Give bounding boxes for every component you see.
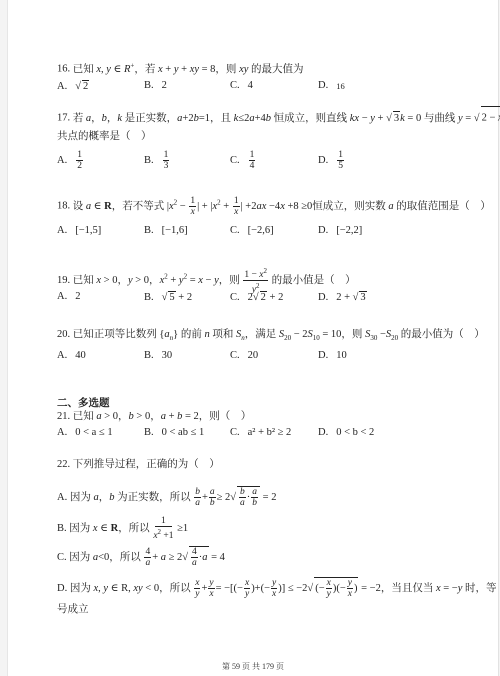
question-16: 16. 已知 x, y ∈ R+，若 x + y + xy = 8，则 xy 的… bbox=[57, 58, 304, 77]
options-17: A.12 B.13 C.14 D.15 bbox=[57, 150, 477, 172]
option-c: C.[−2,6] bbox=[230, 225, 274, 236]
question-stem: 若 a，b，k 是正实数，a+2b=1，且 k≤2a+4b 恒成立，则直线 kx… bbox=[73, 113, 500, 124]
question-number: 17. bbox=[57, 113, 70, 124]
option-c: C.4 bbox=[230, 80, 253, 91]
question-18: 18. 设 a ∈ R，若不等式 |x2 − 1x| + |x2 + 1x| +… bbox=[57, 195, 491, 217]
option-a: A.2 bbox=[57, 291, 80, 302]
option-a: A.√2 bbox=[57, 80, 89, 92]
question-stem: 已知正项等比数列 {an} 的前 n 项和 Sn，满足 S20 − 2S10 =… bbox=[73, 329, 485, 340]
option-c: C.14 bbox=[230, 150, 256, 171]
item-22b: B. 因为 x ∈ R，所以 1 x2 +1 ≥1 bbox=[57, 516, 188, 541]
option-b: B.30 bbox=[144, 350, 172, 361]
question-stem: 已知 x > 0，y > 0，x2 + y2 = x − y，则 1 − x2y… bbox=[73, 275, 356, 286]
question-17-line2: 共点的概率是（ ） bbox=[57, 130, 152, 144]
question-number: 18. bbox=[57, 201, 70, 212]
question-number: 20. bbox=[57, 329, 70, 340]
question-21: 21. 已知 a > 0，b > 0，a + b = 2，则（ ） bbox=[57, 410, 251, 424]
question-number: 19. bbox=[57, 275, 70, 286]
option-d: D.10 bbox=[318, 350, 347, 361]
question-stem: 下列推导过程，正确的为（ ） bbox=[73, 459, 220, 470]
option-a: A.0 < a ≤ 1 bbox=[57, 427, 113, 438]
options-16: A.√2 B.2 C.4 D.16 bbox=[57, 80, 477, 102]
item-22d: D. 因为 x, y ∈ R, xy < 0，所以 xy+yx= −[(−xy)… bbox=[57, 577, 497, 599]
question-stem: 设 a ∈ R，若不等式 |x2 − 1x| + |x2 + 1x| +2ax … bbox=[73, 201, 491, 212]
question-number: 22. bbox=[57, 459, 70, 470]
option-d: D.16 bbox=[318, 80, 345, 91]
section-title: 二、多选题 bbox=[57, 395, 110, 410]
option-d: D.15 bbox=[318, 150, 345, 171]
question-22: 22. 下列推导过程，正确的为（ ） bbox=[57, 458, 220, 472]
page-footer: 第 59 页 共 179 页 bbox=[8, 661, 498, 672]
option-b: B.√5 + 2 bbox=[144, 291, 192, 303]
option-a: A.40 bbox=[57, 350, 86, 361]
option-c: C.2√2 + 2 bbox=[230, 291, 283, 303]
options-19: A.2 B.√5 + 2 C.2√2 + 2 D.2 + √3 bbox=[57, 291, 477, 313]
options-20: A.40 B.30 C.20 D.10 bbox=[57, 350, 477, 372]
question-17: 17. 若 a，b，k 是正实数，a+2b=1，且 k≤2a+4b 恒成立，则直… bbox=[57, 106, 500, 126]
document-page: 16. 已知 x, y ∈ R+，若 x + y + xy = 8，则 xy 的… bbox=[7, 0, 499, 676]
option-a: A.12 bbox=[57, 150, 84, 171]
question-number: 16. bbox=[57, 64, 70, 75]
question-number: 21. bbox=[57, 411, 70, 422]
question-20: 20. 已知正项等比数列 {an} 的前 n 项和 Sn，满足 S20 − 2S… bbox=[57, 328, 485, 345]
option-b: B.2 bbox=[144, 80, 167, 91]
option-d: D.0 < b < 2 bbox=[318, 427, 374, 438]
question-stem: 已知 x, y ∈ R+，若 x + y + xy = 8，则 xy 的最大值为 bbox=[73, 64, 304, 75]
options-21: A.0 < a ≤ 1 B.0 < ab ≤ 1 C.a² + b² ≥ 2 D… bbox=[57, 427, 477, 449]
item-22c: C. 因为 a<0，所以 4a+ a ≥ 2√4a·a = 4 bbox=[57, 546, 225, 568]
option-d: D.[−2,2] bbox=[318, 225, 362, 236]
item-22a: A. 因为 a，b 为正实数，所以 ba+ab≥ 2√ba·ab = 2 bbox=[57, 486, 276, 508]
option-a: A.[−1,5] bbox=[57, 225, 101, 236]
option-d: D.2 + √3 bbox=[318, 291, 367, 303]
option-c: C.20 bbox=[230, 350, 258, 361]
option-c: C.a² + b² ≥ 2 bbox=[230, 427, 291, 438]
question-stem: 已知 a > 0，b > 0，a + b = 2，则（ ） bbox=[73, 411, 252, 422]
item-22d-continuation: 号成立 bbox=[57, 603, 89, 617]
option-b: B.[−1,6] bbox=[144, 225, 188, 236]
option-b: B.13 bbox=[144, 150, 170, 171]
option-b: B.0 < ab ≤ 1 bbox=[144, 427, 204, 438]
options-18: A.[−1,5] B.[−1,6] C.[−2,6] D.[−2,2] bbox=[57, 225, 477, 247]
